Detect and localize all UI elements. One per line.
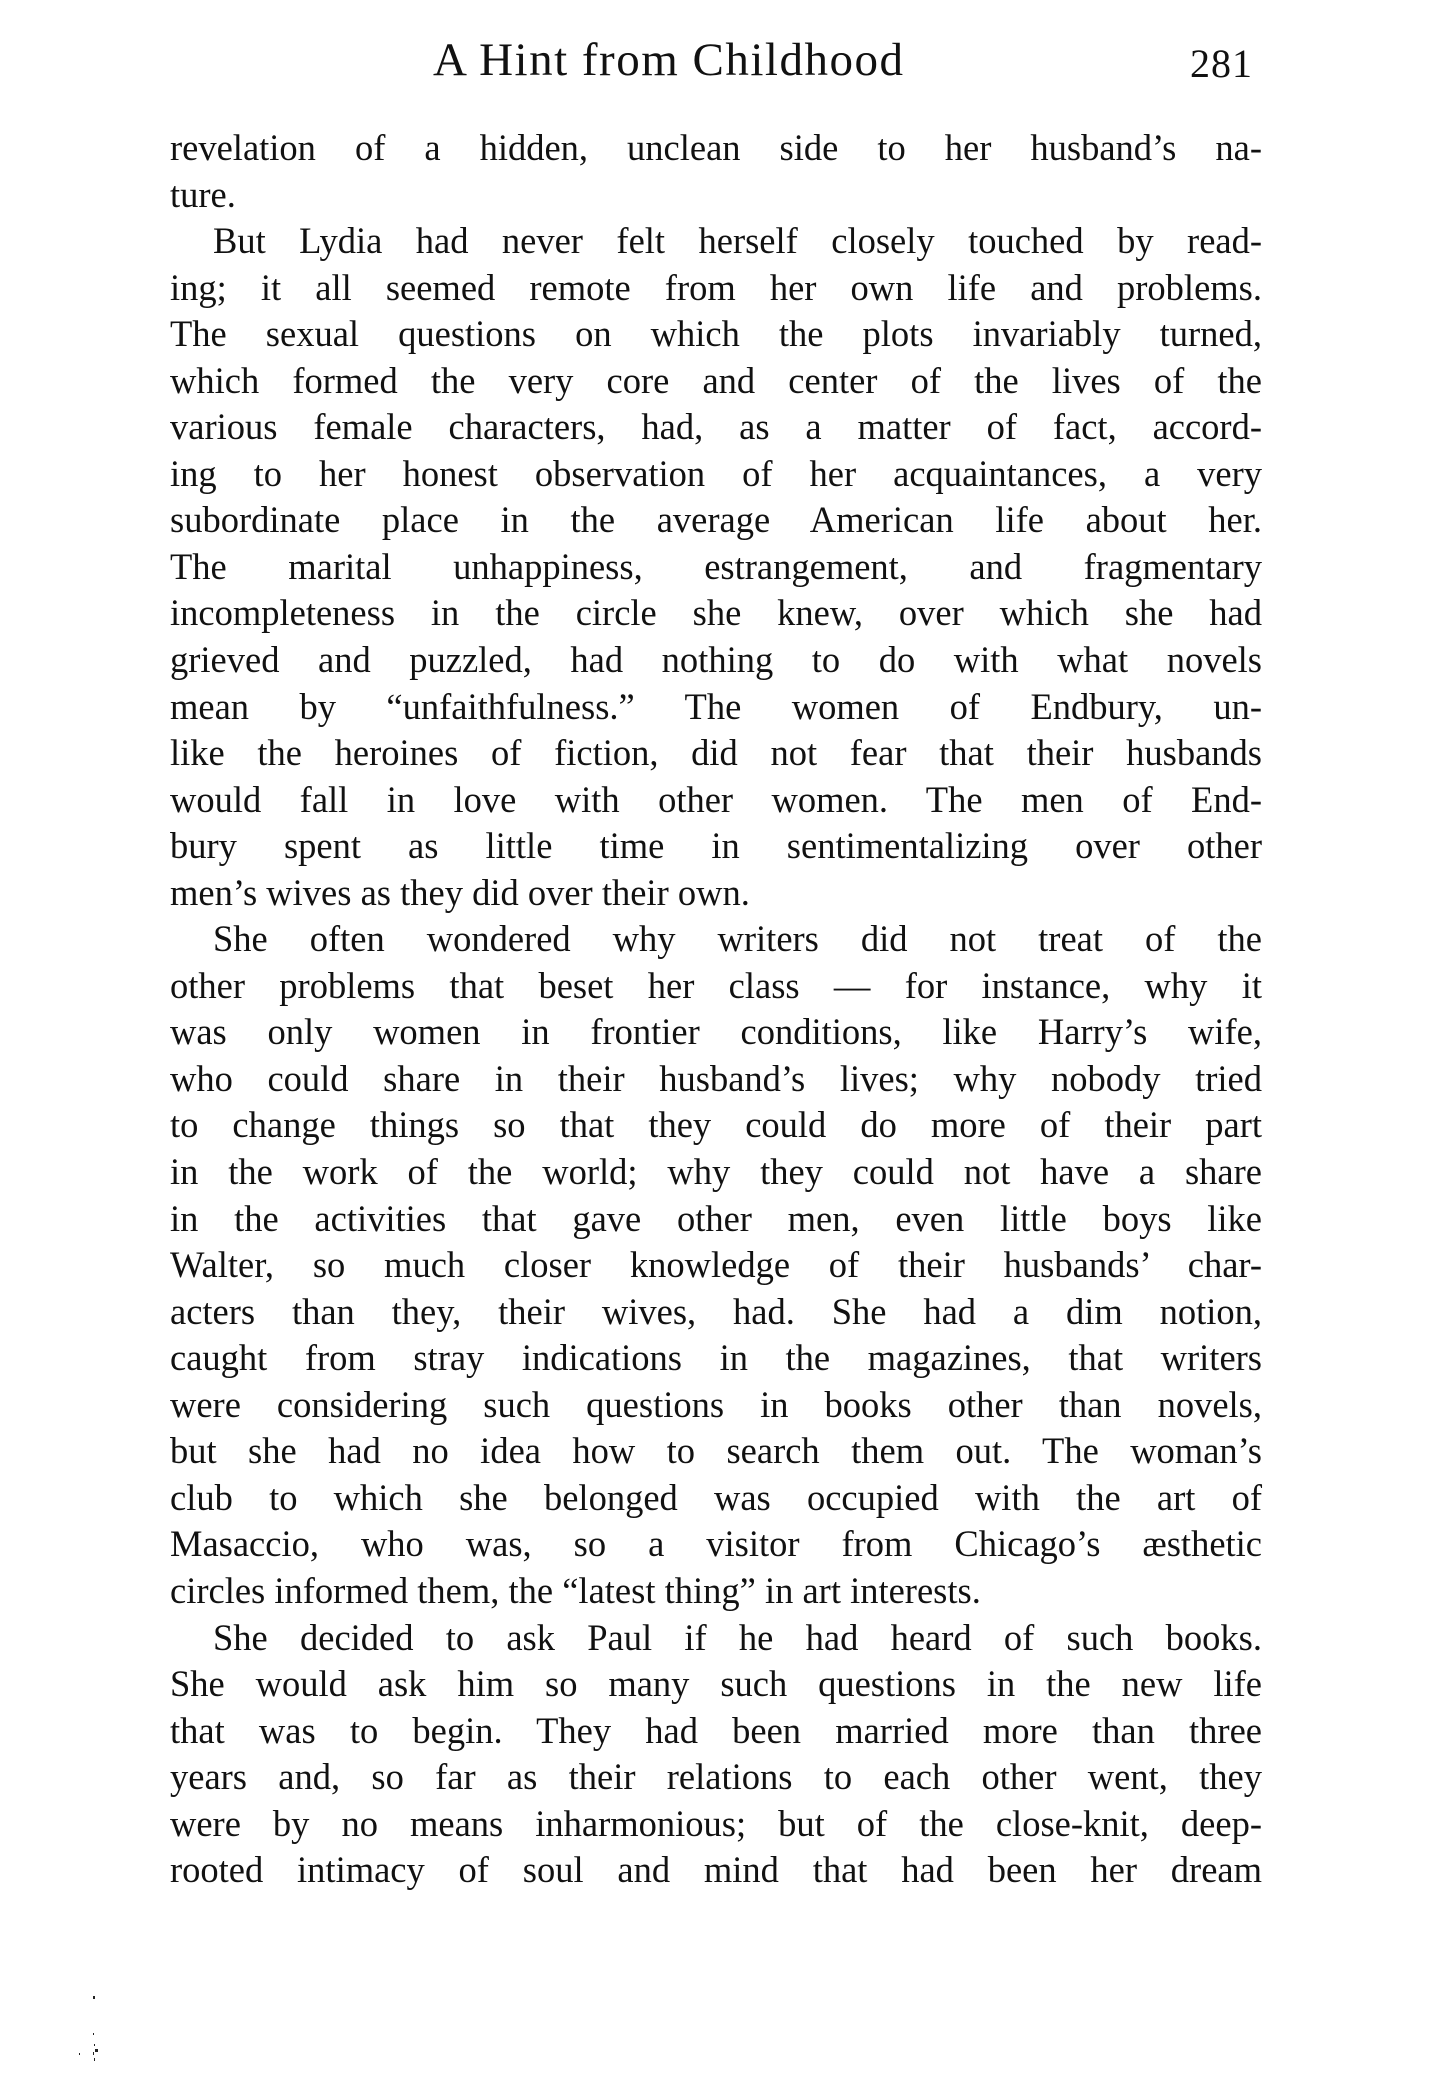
text-line: to change things so that they could do m… xyxy=(170,1102,1262,1149)
text-line: circles informed them, the “latest thing… xyxy=(170,1568,1262,1615)
paragraph-start-line: But Lydia had never felt herself closely… xyxy=(170,218,1262,265)
text-line: Masaccio, who was, so a visitor from Chi… xyxy=(170,1521,1262,1568)
text-line: were considering such questions in books… xyxy=(170,1382,1262,1429)
text-line: rooted intimacy of soul and mind that ha… xyxy=(170,1847,1262,1894)
text-line: mean by “unfaithfulness.” The women of E… xyxy=(170,684,1262,731)
scan-speck xyxy=(93,2033,94,2035)
text-line: were by no means inharmonious; but of th… xyxy=(170,1801,1262,1848)
running-title: A Hint from Childhood xyxy=(433,30,904,90)
text-line: which formed the very core and center of… xyxy=(170,358,1262,405)
text-line: other problems that beset her class — fo… xyxy=(170,963,1262,1010)
text-line: bury spent as little time in sentimental… xyxy=(170,823,1262,870)
scan-speck xyxy=(95,2049,98,2052)
text-line: club to which she belonged was occupied … xyxy=(170,1475,1262,1522)
text-line: years and, so far as their relations to … xyxy=(170,1754,1262,1801)
text-line: men’s wives as they did over their own. xyxy=(170,870,1262,917)
paragraph-start-line: She often wondered why writers did not t… xyxy=(170,916,1262,963)
text-line: that was to begin. They had been married… xyxy=(170,1708,1262,1755)
text-line: The sexual questions on which the plots … xyxy=(170,311,1262,358)
text-line: subordinate place in the average America… xyxy=(170,497,1262,544)
text-line: caught from stray indications in the mag… xyxy=(170,1335,1262,1382)
text-line: Walter, so much closer knowledge of thei… xyxy=(170,1242,1262,1289)
text-line: would fall in love with other women. The… xyxy=(170,777,1262,824)
text-line: The marital unhappiness, estrangement, a… xyxy=(170,544,1262,591)
scan-speck xyxy=(94,2044,95,2046)
text-line: incompleteness in the circle she knew, o… xyxy=(170,590,1262,637)
text-line: acters than they, their wives, had. She … xyxy=(170,1289,1262,1336)
page-number: 281 xyxy=(1190,34,1253,94)
text-line: but she had no idea how to search them o… xyxy=(170,1428,1262,1475)
text-line: grieved and puzzled, had nothing to do w… xyxy=(170,637,1262,684)
text-line: various female characters, had, as a mat… xyxy=(170,404,1262,451)
scan-speck xyxy=(93,2052,94,2055)
text-line: was only women in frontier conditions, l… xyxy=(170,1009,1262,1056)
text-line: revelation of a hidden, unclean side to … xyxy=(170,125,1262,172)
body-text: revelation of a hidden, unclean side to … xyxy=(170,125,1262,1894)
paragraph-start-line: She decided to ask Paul if he had heard … xyxy=(170,1615,1262,1662)
text-line: ing; it all seemed remote from her own l… xyxy=(170,265,1262,312)
text-line: in the activities that gave other men, e… xyxy=(170,1196,1262,1243)
text-line: like the heroines of fiction, did not fe… xyxy=(170,730,1262,777)
text-line: who could share in their husband’s lives… xyxy=(170,1056,1262,1103)
scan-speck xyxy=(93,1996,95,1999)
running-head: A Hint from Childhood 281 xyxy=(170,22,1262,92)
text-line: in the work of the world; why they could… xyxy=(170,1149,1262,1196)
text-line: She would ask him so many such questions… xyxy=(170,1661,1262,1708)
scan-speck xyxy=(94,2058,95,2061)
scan-speck xyxy=(79,2053,80,2055)
text-line: ture. xyxy=(170,172,1262,219)
text-line: ing to her honest observation of her acq… xyxy=(170,451,1262,498)
